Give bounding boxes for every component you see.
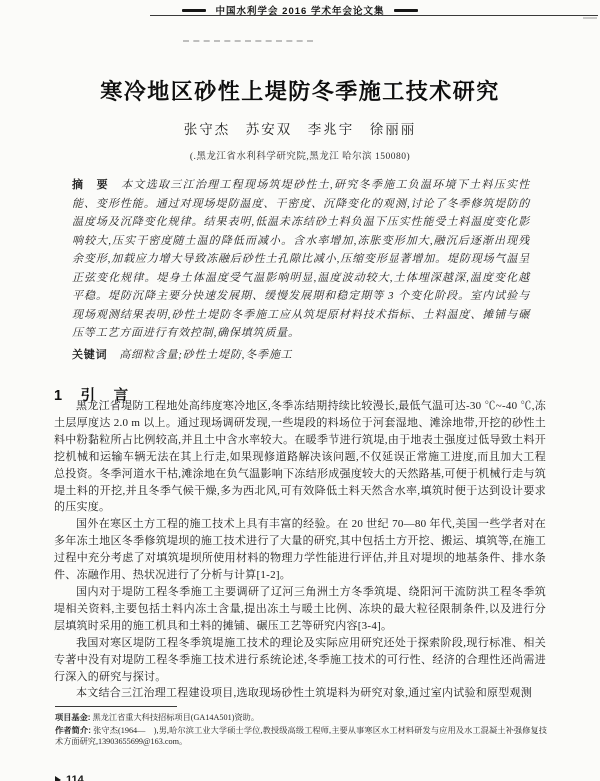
page-number: 114: [55, 774, 84, 781]
fund-label: 项目基金:: [55, 713, 90, 722]
fund-text: 黑龙江省重大科技招标项目(GA14A501)资助。: [90, 713, 259, 722]
abstract-text: 本文选取三江治理工程现场筑堤砂性土,研究冬季施工负温环境下土料压实性能、变形性能…: [72, 179, 530, 339]
bio-text: 张守杰(1964— ),男,哈尔滨工业大学硕士学位,教授级高级工程师,主要从事寒…: [55, 726, 547, 747]
paragraph-4: 我国对寒区堤防工程冬季筑堤施工技术的理论及实际应用研究还处于探索阶段,现行标准、…: [54, 635, 546, 686]
abstract-label: 摘 要: [72, 179, 121, 191]
scan-artifact-right: [583, 17, 597, 19]
affiliation-line: (.黑龙江省水利科学研究院,黑龙江 哈尔滨 150080): [0, 148, 600, 162]
page-number-value: 114: [66, 774, 84, 781]
keywords-line: 关键词 高细粒含量;砂性土堤防,冬季施工: [72, 346, 530, 362]
keywords-text: 高细粒含量;砂性土堤防,冬季施工: [119, 349, 292, 361]
section-1-body: 黑龙江省堤防工程地处高纬度寒冷地区,冬季冻结期持续比较漫长,最低气温可达-30 …: [54, 398, 546, 702]
paragraph-1: 黑龙江省堤防工程地处高纬度寒冷地区,冬季冻结期持续比较漫长,最低气温可达-30 …: [54, 398, 546, 516]
fund-footnote: 项目基金: 黑龙江省重大科技招标项目(GA14A501)资助。: [55, 712, 547, 724]
paragraph-2: 国外在寒区土方工程的施工技术上具有丰富的经验。在 20 世纪 70—80 年代,…: [54, 516, 546, 584]
scan-artifact: [183, 40, 313, 42]
header-dash-right: [394, 9, 418, 12]
header-dash-left: [182, 9, 206, 12]
paper-page: 中国水利学会 2016 学术年会论文集 寒冷地区砂性上堤防冬季施工技术研究 张守…: [0, 0, 600, 781]
abstract-block: 摘 要 本文选取三江治理工程现场筑堤砂性土,研究冬季施工负温环境下土料压实性能、…: [72, 176, 530, 343]
footnotes-block: 项目基金: 黑龙江省重大科技招标项目(GA14A501)资助。 作者简介: 张守…: [55, 712, 547, 749]
keywords-label: 关键词: [72, 349, 119, 361]
header-rule: [150, 15, 598, 16]
page-marker-icon: [55, 776, 61, 781]
footnote-divider: [55, 706, 177, 707]
paragraph-5: 本文结合三江治理工程建设项目,选取现场砂性土筑堤料为研究对象,通过室内试验和原型…: [54, 685, 546, 702]
authors-line: 张守杰 苏安双 李兆宇 徐丽丽: [0, 118, 600, 138]
paragraph-3: 国内对于堤防工程冬季施工主要调研了辽河三角洲土方冬季筑堤、绕阳河干流防洪工程冬季…: [54, 584, 546, 635]
paper-title: 寒冷地区砂性上堤防冬季施工技术研究: [0, 75, 600, 106]
bio-label: 作者简介:: [55, 726, 91, 735]
author-bio-footnote: 作者简介: 张守杰(1964— ),男,哈尔滨工业大学硕士学位,教授级高级工程师…: [55, 725, 547, 748]
